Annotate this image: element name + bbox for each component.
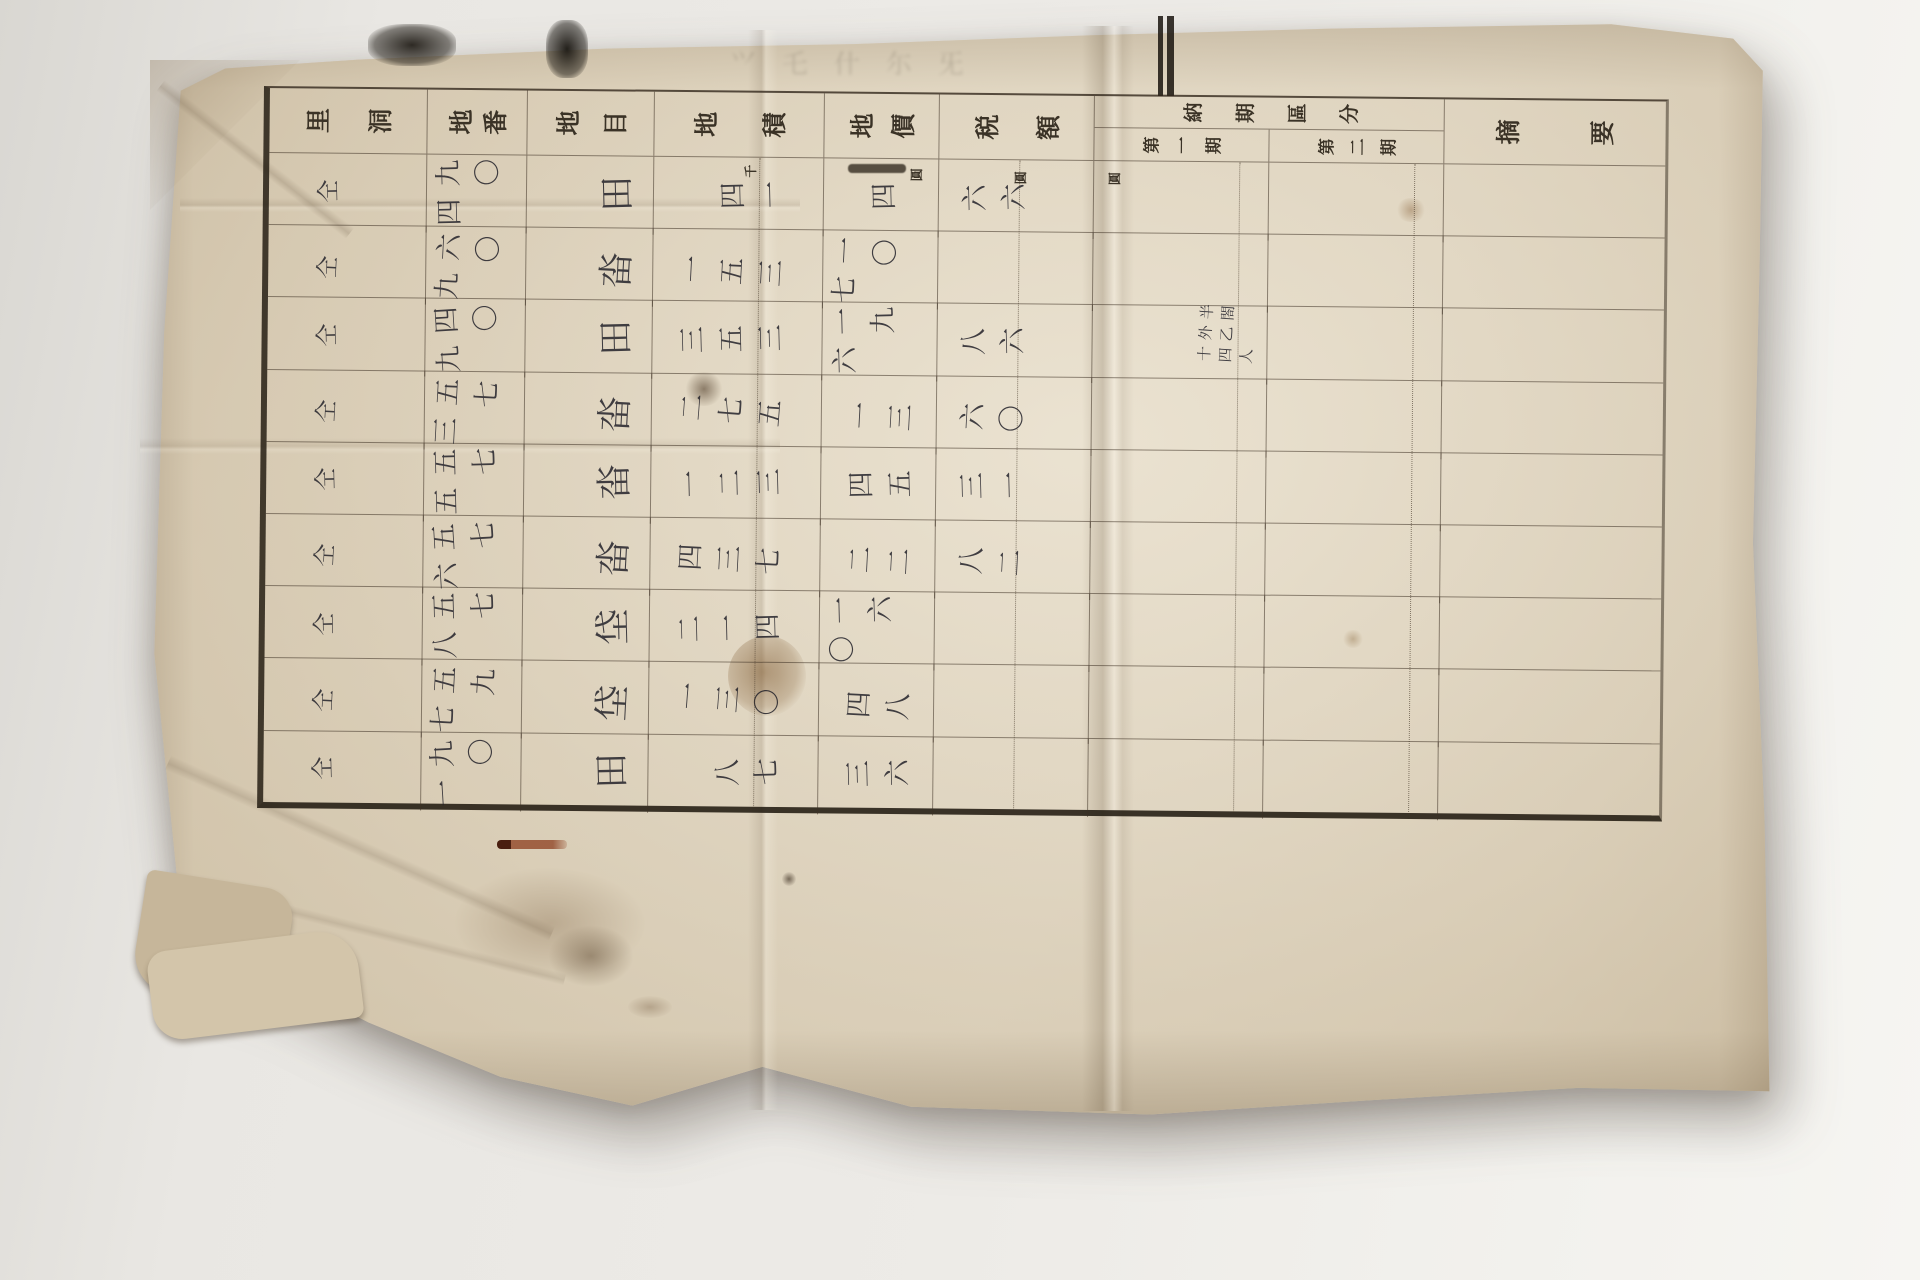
cell-period-1: [1088, 738, 1264, 818]
unit-mark-yen: 圓: [909, 165, 922, 184]
handwritten-area-value: 一二三: [669, 462, 787, 504]
cell-lot-number: 四〇九: [425, 299, 526, 378]
cell-village: 仝: [265, 514, 424, 594]
cell-remarks: [1439, 597, 1660, 677]
cell-lot-number: 五七六: [423, 515, 524, 594]
cell-period-2: [1264, 668, 1440, 748]
cell-tax-amount: 三一: [936, 448, 1092, 527]
cell-remarks: [1438, 742, 1659, 822]
handwritten-ditto-mark: 仝: [309, 174, 345, 208]
cell-tax-amount: [934, 665, 1090, 744]
cell-period-2: [1263, 740, 1439, 820]
photo-of-ledger-document: { "document": { "kind_label": "printed l…: [0, 0, 1920, 1280]
cell-tax-amount: [934, 593, 1090, 672]
cell-land-category: 畓: [523, 516, 651, 595]
handwritten-lot-number: 九〇四: [426, 152, 527, 232]
cell-village: 仝: [263, 731, 422, 811]
cell-village: 仝: [264, 658, 423, 738]
cell-village: 仝: [269, 153, 428, 233]
cell-lot-number: 五七八: [422, 588, 523, 667]
cell-village: 仝: [266, 442, 425, 522]
header-payment-period-group: 納期區分 第一期 第二期: [1094, 96, 1445, 163]
header-period-1: 第一期: [1094, 128, 1269, 162]
unit-mark-yen: 圓: [1107, 169, 1120, 188]
handwritten-lot-number: 五七八: [422, 585, 523, 665]
cell-land-area: 一五三: [653, 229, 824, 309]
handwritten-area-value: 八七: [705, 752, 784, 793]
cell-period-1: [1091, 378, 1267, 458]
header-period-group-label: 納期區分: [1095, 96, 1444, 131]
header-lot-number: 地番: [427, 90, 528, 155]
handwritten-land-category: 田: [585, 745, 634, 797]
table-row: 仝 九〇四 田 四一 四 六六: [269, 153, 1666, 239]
cell-period-2: [1266, 451, 1442, 531]
cell-land-value: 二二: [820, 519, 936, 598]
table-body: 仝 九〇四 田 四一 四 六六 仝 六〇九 畓 一五三 一〇七 仝: [263, 153, 1665, 816]
cell-lot-number: 五七三: [425, 371, 526, 450]
ledger-table: 里洞 地番 地目 地積 地價 税額 納期區分 第一期 第二期 摘要 仝 九〇四 …: [257, 86, 1669, 821]
handwritten-area-value: 三五三: [670, 318, 788, 360]
handwritten-land-category: 畓: [589, 243, 640, 296]
cell-tax-amount: [938, 232, 1094, 311]
cell-period-1: [1090, 522, 1266, 602]
cell-tax-amount: 八六: [937, 304, 1093, 383]
handwritten-area-value: 一三〇: [666, 675, 786, 723]
handwritten-land-value: 一九六: [822, 300, 938, 381]
handwritten-note-block: 半閤外乙十四人: [1194, 301, 1328, 372]
handwritten-land-value: 二二: [837, 539, 917, 582]
handwritten-area-value: 一五三: [670, 248, 789, 293]
handwritten-land-value: 四五: [839, 464, 918, 505]
handwritten-land-category: 垈: [586, 600, 635, 652]
cell-tax-amount: 六〇: [936, 376, 1092, 455]
handwritten-land-category: 畓: [587, 387, 638, 440]
header-land-area: 地積: [654, 92, 825, 158]
unit-mark-yen: 圓: [1013, 168, 1026, 187]
cell-period-2: [1265, 524, 1441, 604]
cell-land-area: 四三七: [650, 518, 821, 598]
cell-village: 仝: [267, 297, 426, 377]
cell-remarks: [1440, 525, 1661, 605]
handwritten-lot-number: 九〇一: [419, 730, 523, 814]
cell-land-value: 三六: [818, 736, 934, 815]
cell-land-area: 二一四: [649, 590, 820, 670]
table-row: 仝 四〇九 田 三五三 一九六 八六: [267, 297, 1664, 383]
cell-village: 仝: [264, 586, 423, 666]
cell-land-area: 四一: [654, 157, 825, 237]
handwritten-land-value: 一六〇: [819, 589, 935, 670]
cell-land-value: 一三: [822, 375, 938, 454]
table-row: 仝 五七八 垈 二一四 一六〇: [265, 586, 1662, 672]
cell-remarks: [1441, 453, 1662, 533]
header-period-subrow: 第一期 第二期: [1094, 128, 1443, 163]
table-row: 仝 五七五 畓 一二三 四五 三一: [266, 442, 1663, 528]
handwritten-ditto-mark: 仝: [305, 538, 342, 573]
cell-lot-number: 六〇九: [426, 227, 527, 306]
handwritten-land-value: 三六: [836, 753, 915, 794]
cell-lot-number: 五九七: [422, 660, 523, 739]
handwritten-land-category: 畓: [586, 532, 637, 585]
header-period-2: 第二期: [1269, 130, 1444, 164]
header-remarks: 摘要: [1444, 99, 1665, 165]
cell-land-value: 四八: [819, 664, 935, 743]
handwritten-area-value: 四三七: [667, 537, 786, 582]
handwritten-ditto-mark: 仝: [306, 394, 343, 429]
cell-land-area: 二七五: [652, 373, 823, 453]
cell-village: 仝: [268, 225, 427, 305]
cell-land-category: 畓: [524, 444, 652, 523]
cell-remarks: [1441, 381, 1662, 461]
cell-village: 仝: [267, 370, 426, 450]
cell-land-value: 一九六: [822, 303, 938, 382]
cell-land-category: 垈: [522, 589, 650, 668]
cell-land-category: 垈: [522, 661, 650, 740]
cell-period-2: [1268, 235, 1444, 315]
handwritten-lot-number: 四〇九: [423, 297, 527, 381]
cell-land-category: 田: [525, 300, 653, 379]
handwritten-ditto-mark: 仝: [306, 462, 342, 496]
handwritten-lot-number: 五七五: [423, 441, 524, 521]
handwritten-ditto-mark: 仝: [307, 249, 344, 284]
handwritten-land-value: 一三: [839, 395, 919, 438]
cell-remarks: [1439, 670, 1660, 750]
table-rows-container: 仝 九〇四 田 四一 四 六六 仝 六〇九 畓 一五三 一〇七 仝: [263, 153, 1665, 816]
handwritten-land-value: 四: [861, 176, 901, 216]
cell-land-category: 田: [521, 733, 649, 812]
cell-land-value: 四五: [821, 447, 937, 526]
cell-land-category: 畓: [525, 372, 653, 451]
cell-remarks: [1444, 164, 1665, 244]
cell-land-area: 一三〇: [649, 662, 820, 742]
table-row: 仝 五九七 垈 一三〇 四八: [264, 658, 1661, 744]
cell-period-1: [1089, 594, 1265, 674]
header-tax-amount: 税額: [939, 94, 1095, 159]
cell-lot-number: 五七五: [424, 443, 525, 522]
handwritten-land-category: 田: [590, 167, 639, 219]
cell-land-category: 田: [527, 156, 655, 235]
cell-land-area: 八七: [648, 734, 819, 814]
cell-lot-number: 九〇一: [421, 732, 522, 811]
header-village: 里洞: [269, 88, 428, 154]
header-land-value: 地價: [824, 93, 940, 158]
handwritten-ditto-mark: 仝: [304, 607, 340, 641]
handwritten-ditto-mark: 仝: [303, 682, 340, 717]
cell-land-area: 一二三: [651, 445, 822, 525]
cell-remarks: [1443, 237, 1664, 317]
cell-land-category: 畓: [526, 228, 654, 307]
cell-period-2: [1264, 596, 1440, 676]
cell-period-2: [1266, 379, 1442, 459]
cell-period-1: [1093, 233, 1269, 313]
cell-lot-number: 九〇四: [427, 155, 528, 234]
ink-streak: [497, 840, 567, 849]
cell-period-1: [1089, 666, 1265, 746]
unit-mark-thousand: 千: [743, 162, 756, 181]
handwritten-land-category: 田: [589, 312, 638, 364]
handwritten-land-category: 畓: [587, 456, 636, 508]
cell-land-area: 三五三: [652, 301, 823, 381]
handwritten-land-value: 四八: [836, 684, 916, 727]
handwritten-area-value: 二一四: [667, 607, 785, 649]
cell-land-value: 一〇七: [823, 231, 939, 310]
cell-period-1: [1091, 450, 1267, 530]
cell-period-2: [1269, 163, 1445, 243]
table-row: 仝 九〇一 田 八七 三六: [263, 731, 1660, 817]
header-land-category: 地目: [527, 91, 655, 156]
handwritten-area-value: 二七五: [669, 386, 789, 434]
cell-remarks: [1442, 309, 1663, 389]
handwritten-ditto-mark: 仝: [303, 751, 339, 785]
cell-tax-amount: [933, 737, 1089, 816]
cell-tax-amount: 八二: [935, 520, 1091, 599]
note-lines: 半閤外乙十四人: [1194, 301, 1328, 372]
cell-land-value: 一六〇: [819, 591, 935, 670]
handwritten-land-category: 垈: [585, 676, 636, 729]
handwritten-ditto-mark: 仝: [307, 318, 343, 352]
